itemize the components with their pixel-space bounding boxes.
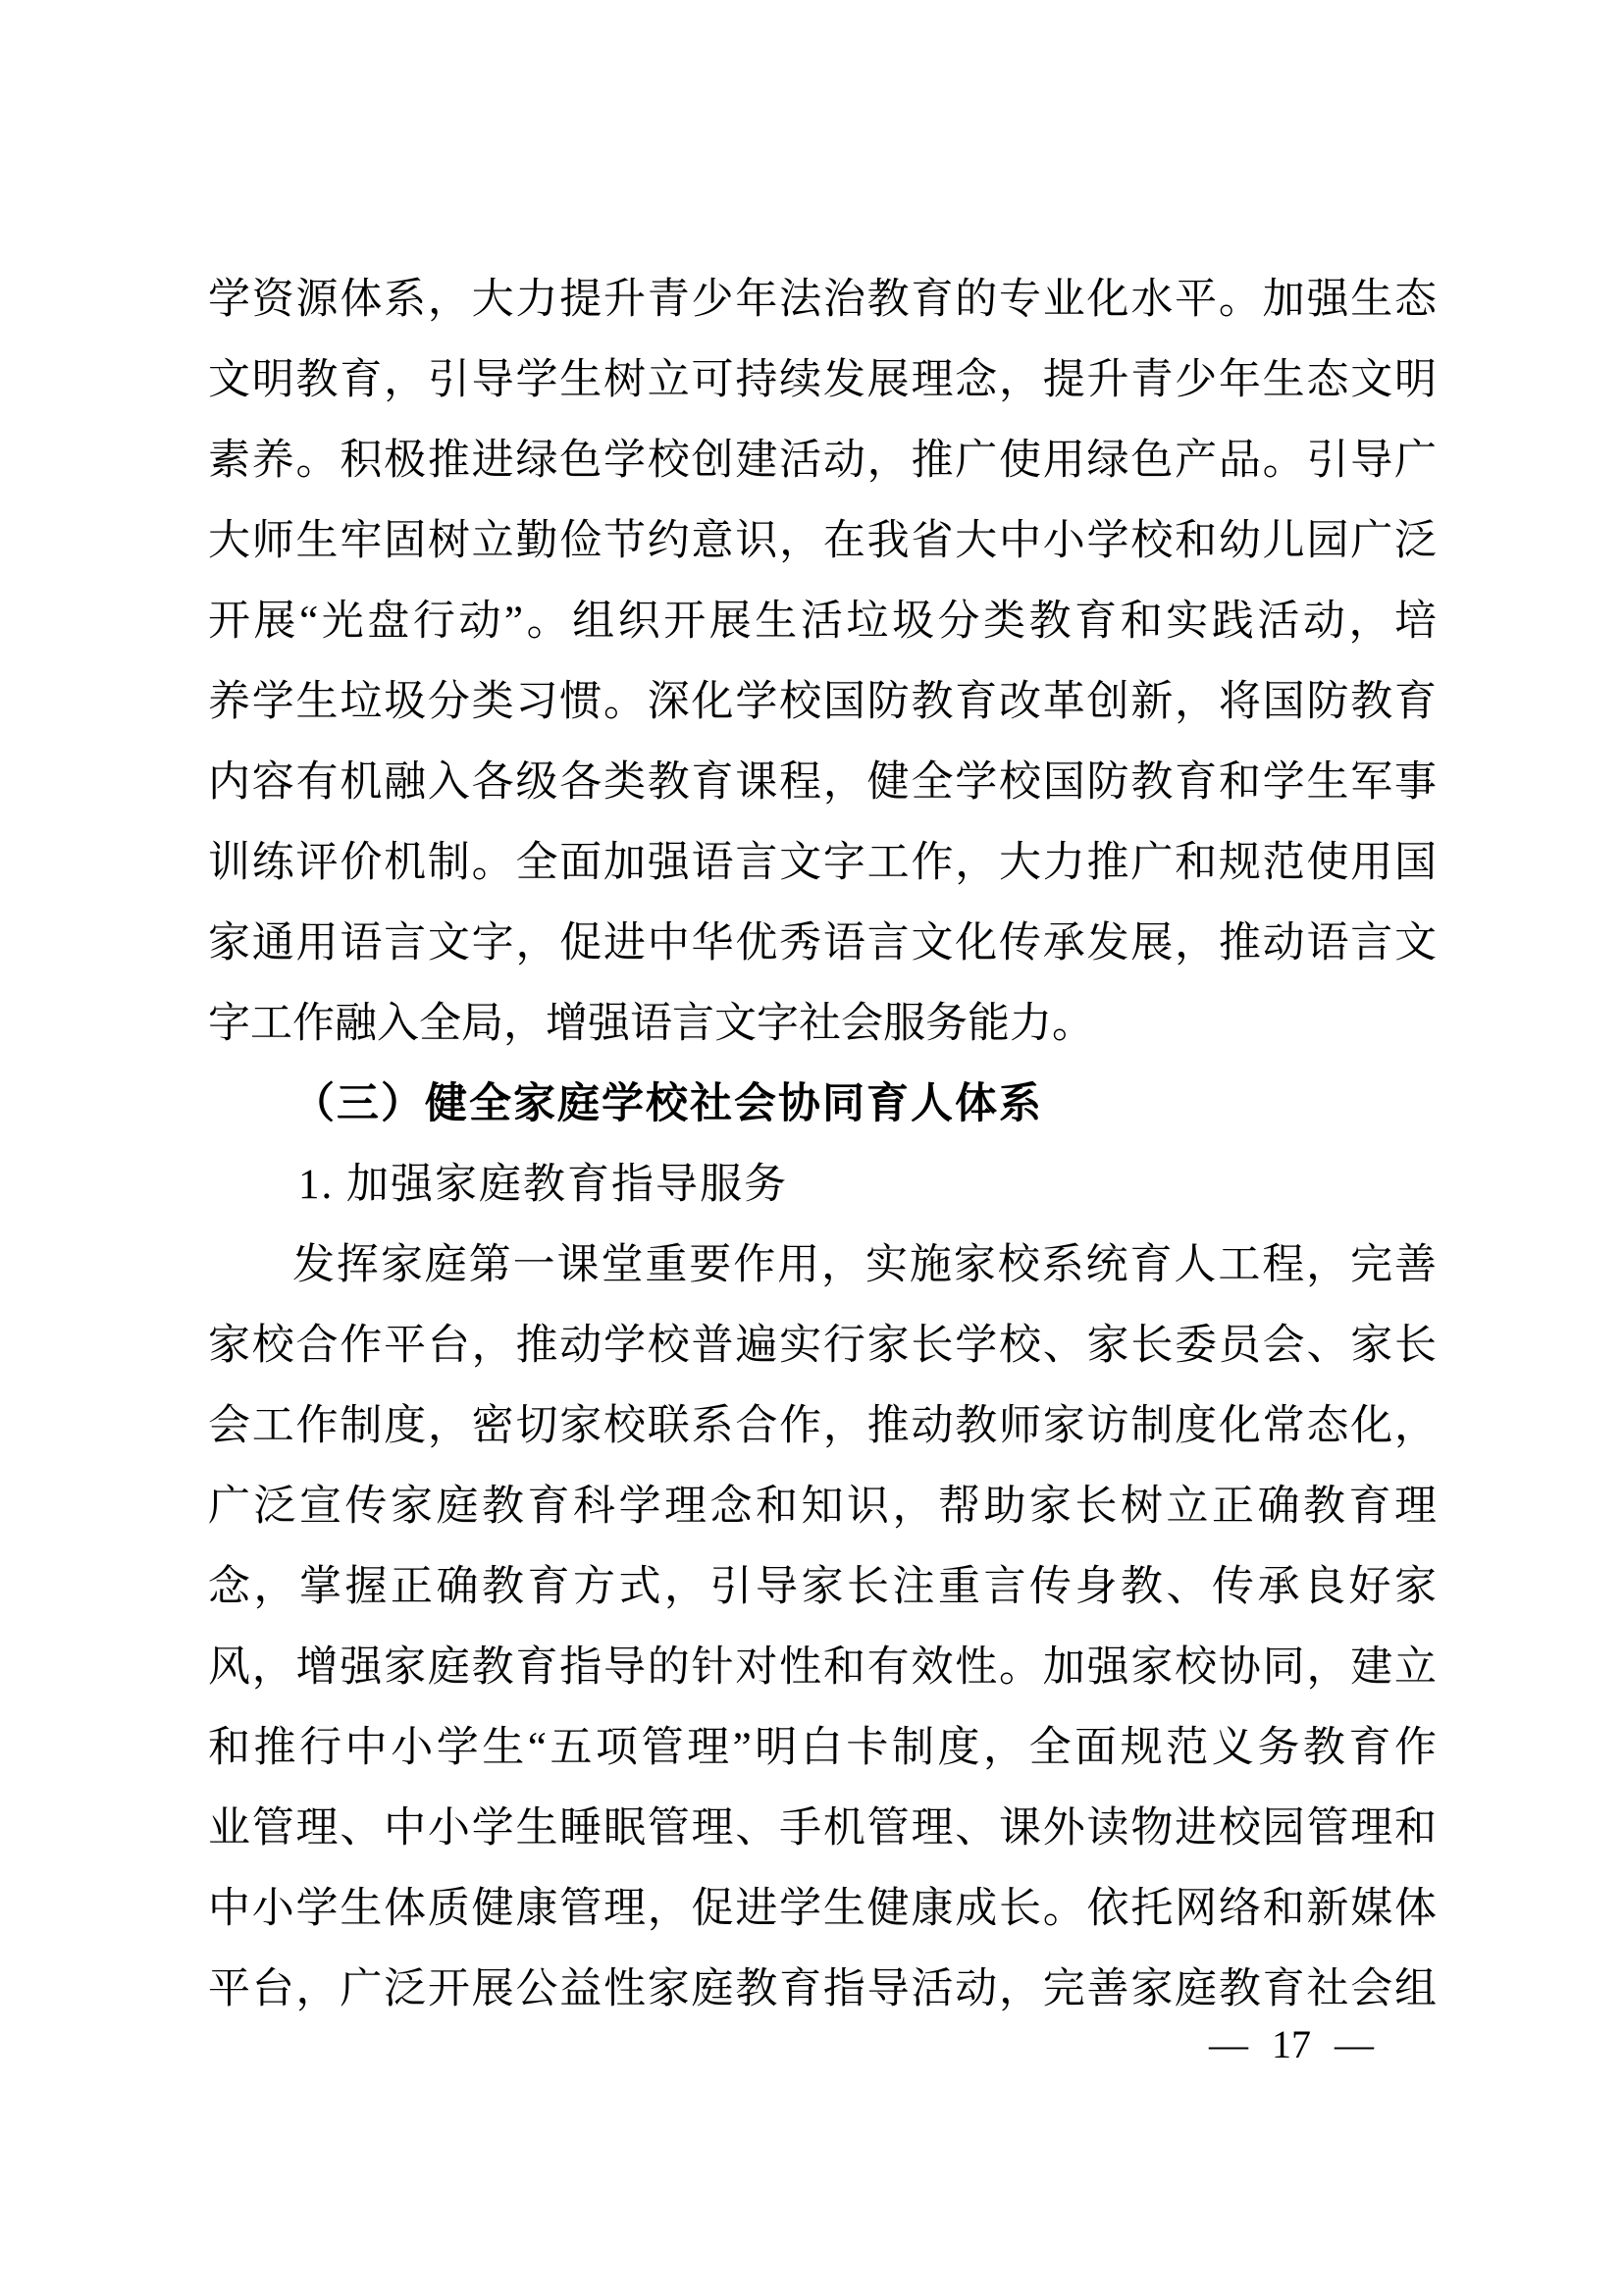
page-number: — 17 — — [1209, 2021, 1374, 2068]
text-line: 素养。积极推进绿色学校创建活动，推广使用绿色产品。引导广 — [208, 421, 1437, 501]
text-line: 学资源体系，大力提升青少年法治教育的专业化水平。加强生态 — [208, 260, 1437, 340]
text-line: 家校合作平台，推动学校普遍实行家长学校、家长委员会、家长 — [208, 1306, 1437, 1386]
text-line: 会工作制度，密切家校联系合作，推动教师家访制度化常态化， — [208, 1386, 1437, 1467]
text-line: 广泛宣传家庭教育科学理念和知识，帮助家长树立正确教育理 — [208, 1467, 1437, 1547]
text-line: 大师生牢固树立勤俭节约意识，在我省大中小学校和幼儿园广泛 — [208, 501, 1437, 582]
text-line: 平台，广泛开展公益性家庭教育指导活动，完善家庭教育社会组 — [208, 1950, 1437, 2030]
text-line: 内容有机融入各级各类教育课程，健全学校国防教育和学生军事 — [208, 743, 1437, 823]
text-line: 开展“光盘行动”。组织开展生活垃圾分类教育和实践活动，培 — [208, 582, 1437, 662]
section-heading: （三）健全家庭学校社会协同育人体系 — [208, 1065, 1437, 1145]
text-line: 念，掌握正确教育方式，引导家长注重言传身教、传承良好家 — [208, 1547, 1437, 1628]
text-line: 风，增强家庭教育指导的针对性和有效性。加强家校协同，建立 — [208, 1628, 1437, 1708]
document-text-block: 学资源体系，大力提升青少年法治教育的专业化水平。加强生态 文明教育，引导学生树立… — [208, 260, 1437, 2030]
text-line: 训练评价机制。全面加强语言文字工作，大力推广和规范使用国 — [208, 823, 1437, 904]
item-heading: 1. 加强家庭教育指导服务 — [208, 1145, 1437, 1226]
text-line: 家通用语言文字，促进中华优秀语言文化传承发展，推动语言文 — [208, 904, 1437, 984]
text-line: 文明教育，引导学生树立可持续发展理念，提升青少年生态文明 — [208, 340, 1437, 421]
document-page: 学资源体系，大力提升青少年法治教育的专业化水平。加强生态 文明教育，引导学生树立… — [0, 0, 1624, 2296]
text-line: 字工作融入全局，增强语言文字社会服务能力。 — [208, 984, 1437, 1065]
text-line: 发挥家庭第一课堂重要作用，实施家校系统育人工程，完善 — [208, 1226, 1437, 1306]
text-line: 和推行中小学生“五项管理”明白卡制度，全面规范义务教育作 — [208, 1708, 1437, 1789]
text-line: 养学生垃圾分类习惯。深化学校国防教育改革创新，将国防教育 — [208, 662, 1437, 743]
text-line: 中小学生体质健康管理，促进学生健康成长。依托网络和新媒体 — [208, 1869, 1437, 1950]
text-line: 业管理、中小学生睡眠管理、手机管理、课外读物进校园管理和 — [208, 1789, 1437, 1869]
